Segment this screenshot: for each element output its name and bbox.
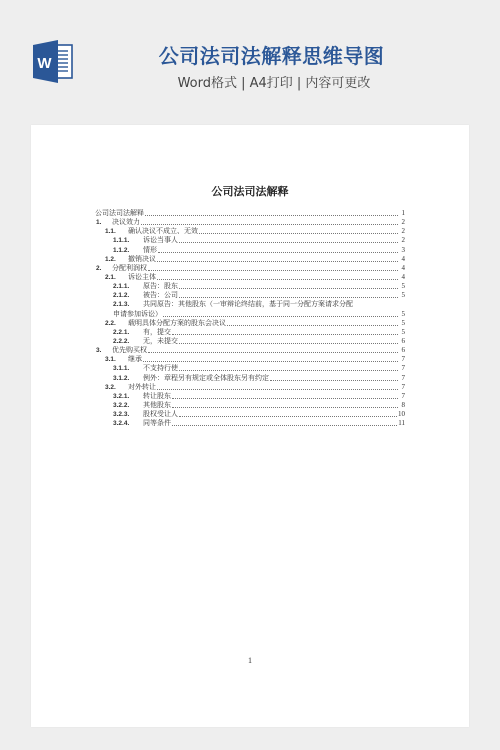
toc-leader-dots [179, 338, 398, 344]
toc-entry-page: 7 [399, 364, 405, 373]
toc-entry-number: 2.2.2. [113, 337, 143, 346]
toc-entry-number: 3.2. [105, 383, 128, 392]
toc-entry-page: 2 [399, 218, 405, 227]
header-title: 公司法司法解释思维导图 [0, 44, 500, 68]
toc-entry-number: 3.2.2. [113, 401, 143, 410]
toc-entry[interactable]: 2.1.1. 原告：股东 5 [95, 282, 405, 291]
toc-entry[interactable]: 1.1.2. 情形 3 [95, 246, 405, 255]
toc-leader-dots [227, 320, 398, 326]
toc-entry[interactable]: 2. 分配利润权 4 [95, 264, 405, 273]
toc-entry-page: 5 [399, 291, 405, 300]
toc-entry[interactable]: 3.2.4. 同等条件 11 [95, 419, 405, 428]
toc-entry-number: 3.1.1. [113, 364, 143, 373]
toc-entry[interactable]: 3.1. 继承 7 [95, 355, 405, 364]
toc-entry-text: 股权受让人 [143, 410, 178, 419]
toc-entry-number: 1. [96, 218, 112, 227]
toc-entry-page: 6 [399, 337, 405, 346]
toc-entry-text: 转让股东 [143, 392, 171, 401]
toc-entry[interactable]: 3.2.2. 其他股东 8 [95, 401, 405, 410]
toc-entry[interactable]: 3.1.2. 例外：章程另有规定或全体股东另有约定 7 [95, 374, 405, 383]
toc-entry-text: 分配利润权 [112, 264, 147, 273]
toc-leader-dots [145, 210, 398, 216]
toc-leader-dots [172, 393, 398, 399]
toc-entry[interactable]: 2.2.2. 无，未提交 6 [95, 337, 405, 346]
toc-entry-number: 2.1. [105, 273, 128, 282]
page-root: W 公司法司法解释思维导图 Word格式 | A4打印 | 内容可更改 公司法司… [0, 0, 500, 750]
toc-entry-text: 优先购买权 [112, 346, 147, 355]
toc-leader-dots [148, 265, 398, 271]
toc-entry-text: 撤销决议 [128, 255, 156, 264]
toc-entry-number: 2.2. [105, 319, 128, 328]
toc-entry-text: 有，提交 [143, 328, 171, 337]
toc-entry[interactable]: 3.2.3. 股权受让人 10 [95, 410, 405, 419]
toc-entry-text: 无，未提交 [143, 337, 178, 346]
toc-leader-dots [172, 329, 398, 335]
toc-entry-number: 3.2.1. [113, 392, 143, 401]
toc-leader-dots [199, 228, 398, 234]
toc-entry-page: 2 [399, 227, 405, 236]
toc-entry-text: 不支持行使 [143, 364, 178, 373]
toc-leader-dots [158, 247, 398, 253]
toc-entry-page: 7 [399, 355, 405, 364]
toc-leader-dots [179, 365, 398, 371]
toc-entry-page: 4 [399, 255, 405, 264]
toc-leader-dots [270, 375, 398, 381]
table-of-contents: 公司法司法解释 1 1. 决议效力 2 1.1. 确认决议不成立、无效 2 1.… [95, 209, 405, 428]
toc-entry-number: 2.1.2. [113, 291, 143, 300]
toc-entry-continuation[interactable]: 申请参加诉讼） 5 [95, 310, 405, 319]
toc-entry-page: 5 [399, 310, 405, 319]
toc-leader-dots [157, 274, 398, 280]
toc-leader-dots [179, 283, 398, 289]
toc-entry[interactable]: 3.1.1. 不支持行使 7 [95, 364, 405, 373]
toc-entry-number: 2.2.1. [113, 328, 143, 337]
toc-entry[interactable]: 1.1. 确认决议不成立、无效 2 [95, 227, 405, 236]
toc-entry-page: 5 [399, 328, 405, 337]
toc-entry-page: 8 [399, 401, 405, 410]
toc-entry[interactable]: 3.2.1. 转让股东 7 [95, 392, 405, 401]
toc-entry-number: 2.1.3. [113, 300, 143, 309]
toc-entry[interactable]: 3.2. 对外转让 7 [95, 383, 405, 392]
toc-leader-dots [148, 347, 398, 353]
toc-entry-text: 对外转让 [128, 383, 156, 392]
toc-entry-page: 7 [399, 383, 405, 392]
toc-entry-page: 4 [399, 273, 405, 282]
toc-entry-page: 11 [398, 419, 405, 428]
toc-leader-dots [172, 420, 397, 426]
page-number: 1 [31, 656, 469, 665]
toc-entry[interactable]: 2.1.3. 共同原告：其他股东（一审辩论终结前，基于同一分配方案请求分配 [95, 300, 405, 309]
toc-entry-text: 其他股东 [143, 401, 171, 410]
toc-entry[interactable]: 1. 决议效力 2 [95, 218, 405, 227]
toc-leader-dots [143, 356, 398, 362]
toc-entry[interactable]: 公司法司法解释 1 [95, 209, 405, 218]
toc-entry-page: 3 [399, 246, 405, 255]
toc-entry[interactable]: 2.1. 诉讼主体 4 [95, 273, 405, 282]
toc-entry-number: 3.1. [105, 355, 128, 364]
toc-leader-dots [163, 311, 398, 317]
toc-leader-dots [172, 402, 398, 408]
toc-entry-number: 3.2.3. [113, 410, 143, 419]
toc-entry-page: 1 [399, 209, 405, 218]
toc-entry-page: 7 [399, 374, 405, 383]
toc-entry-number: 1.1.2. [113, 246, 143, 255]
toc-entry-number: 2.1.1. [113, 282, 143, 291]
toc-entry-text: 诉讼当事人 [143, 236, 178, 245]
toc-entry-text: 同等条件 [143, 419, 171, 428]
toc-leader-dots [179, 237, 398, 243]
toc-entry-text: 原告：股东 [143, 282, 178, 291]
toc-entry-number: 1.1. [105, 227, 128, 236]
toc-entry[interactable]: 3. 优先购买权 6 [95, 346, 405, 355]
document-page: 公司法司法解释 公司法司法解释 1 1. 决议效力 2 1.1. 确认决议不成立… [31, 125, 469, 727]
toc-entry-page: 5 [399, 319, 405, 328]
toc-entry-number: 3.1.2. [113, 374, 143, 383]
toc-leader-dots [157, 384, 398, 390]
toc-entry-number: 1.2. [105, 255, 128, 264]
toc-leader-dots [179, 411, 397, 417]
toc-leader-dots [179, 292, 398, 298]
toc-entry-text: 继承 [128, 355, 142, 364]
toc-entry-text: 共同原告：其他股东（一审辩论终结前，基于同一分配方案请求分配 [143, 300, 353, 309]
toc-entry-number: 3. [96, 346, 112, 355]
toc-entry-page: 10 [398, 410, 405, 419]
toc-entry-text: 决议效力 [112, 218, 140, 227]
toc-leader-dots [141, 219, 398, 225]
toc-entry-page: 4 [399, 264, 405, 273]
toc-entry-page: 6 [399, 346, 405, 355]
toc-entry-page: 2 [399, 236, 405, 245]
toc-entry-text: 公司法司法解释 [95, 209, 144, 218]
toc-entry-text-continuation: 申请参加诉讼） [113, 310, 162, 319]
toc-entry-text: 载明具体分配方案的股东会决议 [128, 319, 226, 328]
toc-entry-text: 例外：章程另有规定或全体股东另有约定 [143, 374, 269, 383]
document-title: 公司法司法解释 [31, 185, 469, 199]
toc-entry[interactable]: 2.2.1. 有，提交 5 [95, 328, 405, 337]
toc-entry-number: 2. [96, 264, 112, 273]
toc-entry-number: 1.1.1. [113, 236, 143, 245]
toc-entry-number: 3.2.4. [113, 419, 143, 428]
toc-entry[interactable]: 1.2. 撤销决议 4 [95, 255, 405, 264]
toc-leader-dots [157, 256, 398, 262]
toc-entry-page: 5 [399, 282, 405, 291]
toc-entry-text: 诉讼主体 [128, 273, 156, 282]
toc-entry[interactable]: 1.1.1. 诉讼当事人 2 [95, 236, 405, 245]
toc-entry-page: 7 [399, 392, 405, 401]
header-subtitle: Word格式 | A4打印 | 内容可更改 [0, 75, 500, 92]
toc-entry[interactable]: 2.2. 载明具体分配方案的股东会决议 5 [95, 319, 405, 328]
toc-entry-text: 情形 [143, 246, 157, 255]
